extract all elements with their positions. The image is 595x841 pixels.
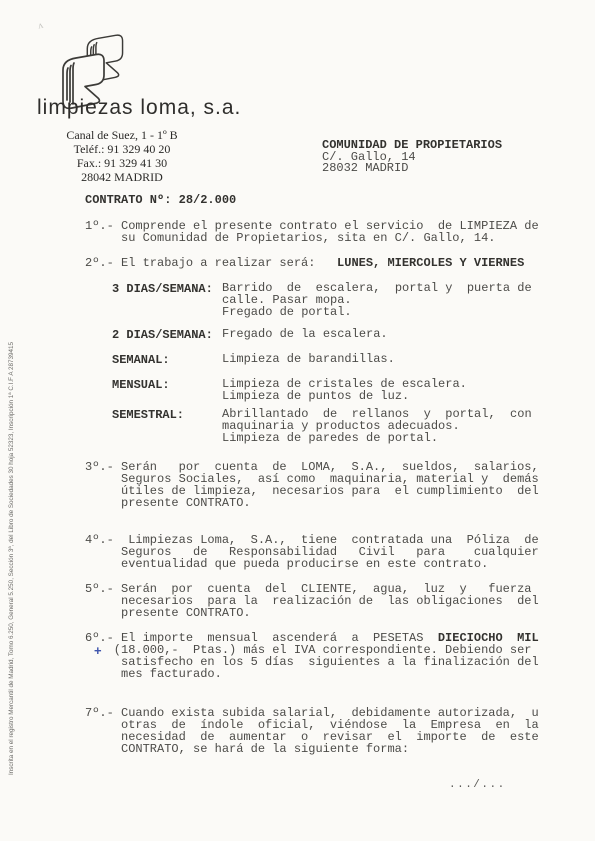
handwritten-plus-mark: + — [94, 643, 102, 658]
company-name: limpiezas loma, s.a. — [37, 96, 241, 120]
clause-2-text: 2º.- El trabajo a realizar será: — [85, 256, 337, 270]
schedule-label-mensual: MENSUAL: — [112, 378, 170, 392]
contract-number: CONTRATO Nº: 28/2.000 — [85, 194, 236, 206]
schedule-label-2-dias: 2 DIAS/SEMANA: — [112, 328, 213, 342]
schedule-text-2-dias: Fregado de la escalera. — [222, 328, 388, 340]
clause-6-rest: (18.000,- Ptas.) más el IVA correspondie… — [85, 644, 539, 680]
clause-1: 1º.- Comprende el presente contrato el s… — [85, 220, 539, 244]
clause-4: 4º.- Limpiezas Loma, S.A., tiene contrat… — [85, 534, 539, 570]
clause-7: 7º.- Cuando exista subida salarial, debi… — [85, 707, 539, 755]
schedule-label-3-dias: 3 DIAS/SEMANA: — [112, 282, 213, 296]
clause-2-days: LUNES, MIERCOLES Y VIERNES — [337, 256, 524, 270]
contract-page: ᴧ limpiezas loma, s.a. Canal de Suez, 1 … — [0, 0, 595, 841]
company-address: Canal de Suez, 1 - 1º B Teléf.: 91 329 4… — [56, 128, 188, 184]
pencil-mark: ᴧ — [37, 20, 44, 32]
schedule-text-semestral: Abrillantado de rellanos y portal, con m… — [222, 408, 532, 444]
mercantile-registry-note: Inscrita en el registro Mercantil de Mad… — [8, 342, 15, 775]
clause-3: 3º.- Serán por cuenta de LOMA, S.A., sue… — [85, 461, 539, 509]
recipient-block: COMUNIDAD DE PROPIETARIOS C/. Gallo, 14 … — [322, 140, 502, 175]
continuation-mark: .../... — [449, 779, 506, 791]
schedule-text-3-dias: Barrido de escalera, portal y puerta de … — [222, 282, 532, 318]
schedule-label-semestral: SEMESTRAL: — [112, 408, 184, 422]
schedule-text-mensual: Limpieza de cristales de escalera. Limpi… — [222, 378, 467, 402]
recipient-address: C/. Gallo, 14 28032 MADRID — [322, 152, 502, 175]
clause-5: 5º.- Serán por cuenta del CLIENTE, agua,… — [85, 583, 539, 619]
schedule-text-semanal: Limpieza de barandillas. — [222, 353, 395, 365]
clause-2: 2º.- El trabajo a realizar será: LUNES, … — [85, 257, 524, 269]
schedule-label-semanal: SEMANAL: — [112, 353, 170, 367]
